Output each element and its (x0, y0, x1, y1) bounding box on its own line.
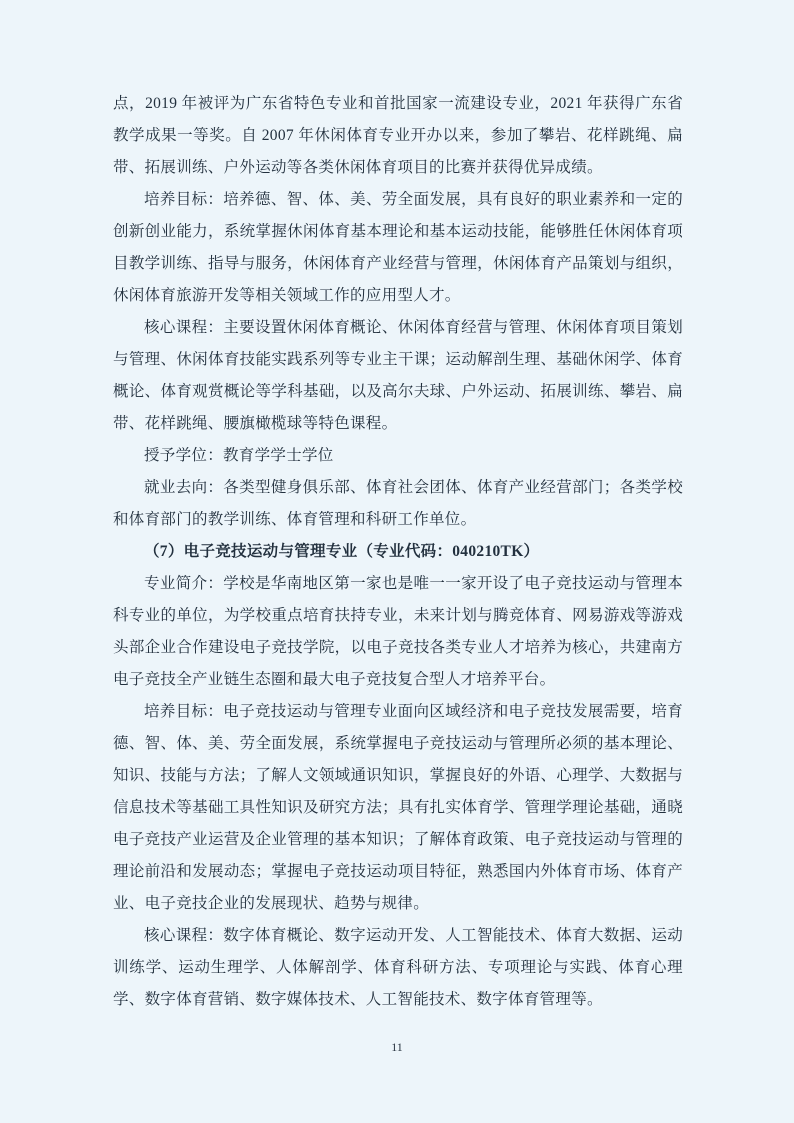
heading-esports-major: （7）电子竞技运动与管理专业（专业代码：040210TK） (113, 536, 683, 568)
document-body: 点，2019 年被评为广东省特色专业和首批国家一流建设专业，2021 年获得广东… (113, 88, 683, 1016)
paragraph-esports-training-objectives: 培养目标：电子竞技运动与管理专业面向区域经济和电子竞技发展需要，培育德、智、体、… (113, 696, 683, 920)
paragraph-leisure-intro-continued: 点，2019 年被评为广东省特色专业和首批国家一流建设专业，2021 年获得广东… (113, 88, 683, 184)
paragraph-leisure-core-courses: 核心课程：主要设置休闲体育概论、休闲体育经营与管理、休闲体育项目策划与管理、休闲… (113, 312, 683, 440)
page-number: 11 (0, 1040, 794, 1055)
paragraph-leisure-employment: 就业去向：各类型健身俱乐部、体育社会团体、体育产业经营部门；各类学校和体育部门的… (113, 472, 683, 536)
paragraph-esports-introduction: 专业简介：学校是华南地区第一家也是唯一一家开设了电子竞技运动与管理本科专业的单位… (113, 568, 683, 696)
paragraph-esports-core-courses: 核心课程：数字体育概论、数字运动开发、人工智能技术、体育大数据、运动训练学、运动… (113, 920, 683, 1016)
paragraph-leisure-training-objectives: 培养目标：培养德、智、体、美、劳全面发展，具有良好的职业素养和一定的创新创业能力… (113, 184, 683, 312)
paragraph-leisure-degree-awarded: 授予学位：教育学学士学位 (113, 440, 683, 472)
document-page: 点，2019 年被评为广东省特色专业和首批国家一流建设专业，2021 年获得广东… (0, 0, 794, 1123)
